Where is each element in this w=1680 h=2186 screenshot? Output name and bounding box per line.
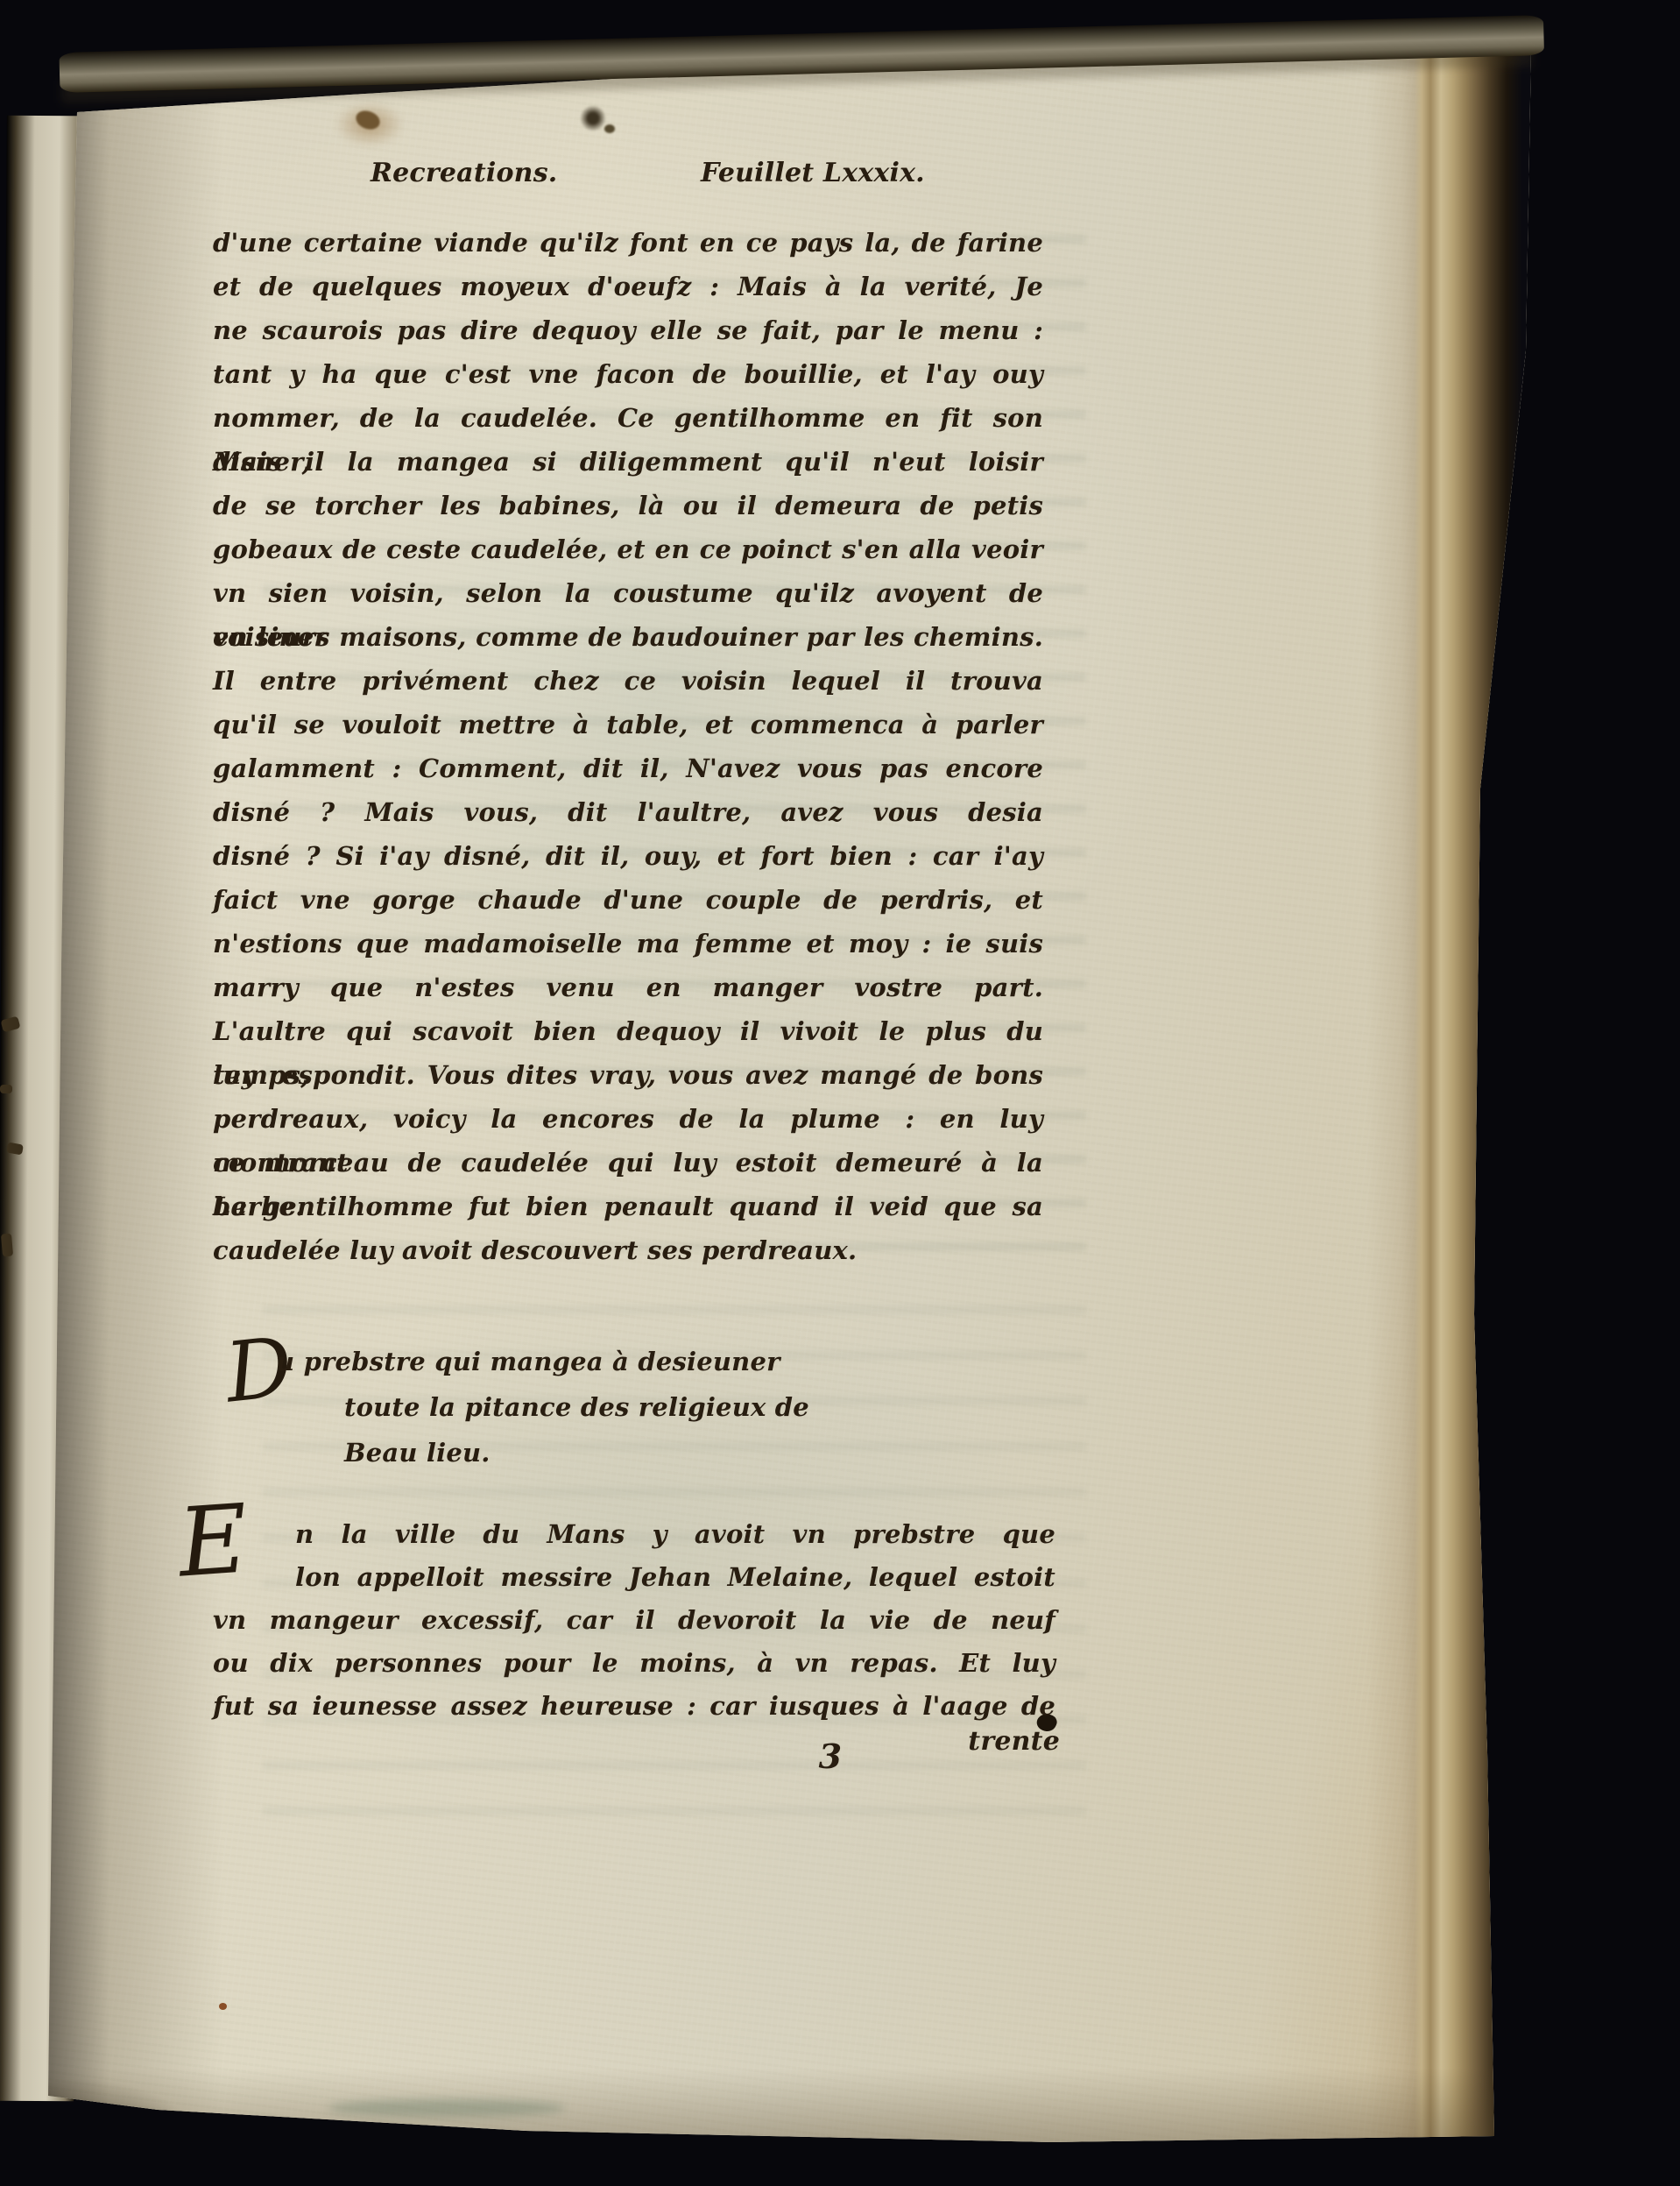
corner-shadow xyxy=(18,2033,298,2155)
text-line: en leurs maisons, comme de baudouiner pa… xyxy=(213,615,1043,659)
left-edge-ink-mark xyxy=(0,1085,12,1093)
text-line: lon appelloit messire Jehan Melaine, leq… xyxy=(213,1556,1055,1599)
text-line: galamment : Comment, dit il, N'avez vous… xyxy=(213,746,1043,790)
text-line: ce morceau de caudelée qui luy estoit de… xyxy=(213,1141,1043,1185)
text-line: Il entre privément chez ce voisin lequel… xyxy=(213,659,1043,703)
signature-mark: 3 xyxy=(809,1737,851,1776)
text-line: disné ? Si i'ay disné, dit il, ouy, et f… xyxy=(213,834,1043,878)
folio-number: Feuillet Lxxxix. xyxy=(701,158,925,188)
text-line: L'aultre qui scavoit bien dequoy il vivo… xyxy=(213,1009,1043,1053)
text-line: n'estions que madamoiselle ma femme et m… xyxy=(213,922,1043,966)
text-line: n la ville du Mans y avoit vn prebstre q… xyxy=(213,1513,1055,1556)
running-header: Recreations. Feuillet Lxxxix. xyxy=(0,158,1680,196)
text-line: tant y ha que c'est vne facon de bouilli… xyxy=(213,352,1043,396)
text-line: d'une certaine viande qu'ilz font en ce … xyxy=(213,221,1043,265)
text-line: vn sien voisin, selon la coustume qu'ilz… xyxy=(213,571,1043,615)
running-title: Recreations. xyxy=(371,158,557,188)
ink-speck xyxy=(604,124,615,133)
text-line: marry que n'estes venu en manger vostre … xyxy=(213,966,1043,1009)
text-line: ou dix personnes pour le moins, à vn rep… xyxy=(213,1642,1055,1685)
heading-line: Beau lieu. xyxy=(213,1430,896,1475)
book-page: Recreations. Feuillet Lxxxix. d'une cert… xyxy=(0,0,1680,2186)
heading-line: toute la pitance des religieux de xyxy=(213,1384,896,1430)
story-text-block: d'une certaine viande qu'ilz font en ce … xyxy=(213,221,1043,1272)
heading-line: u prebstre qui mangea à desieuner xyxy=(213,1339,896,1384)
ink-speck xyxy=(580,105,606,131)
fore-edge-page-stack xyxy=(1366,35,1550,2164)
photographed-book-page: Recreations. Feuillet Lxxxix. d'une cert… xyxy=(0,0,1680,2186)
text-line: et de quelques moyeux d'oeufz : Mais à l… xyxy=(213,265,1043,308)
text-line: Le gentilhomme fut bien penault quand il… xyxy=(213,1185,1043,1228)
red-speck xyxy=(219,2003,227,2010)
text-line: nommer, de la caudelée. Ce gentilhomme e… xyxy=(213,396,1043,440)
catchword: trente xyxy=(927,1726,1060,1757)
text-line: faict vne gorge chaude d'une couple de p… xyxy=(213,878,1043,922)
gutter-shadow xyxy=(48,88,232,2120)
text-line: perdreaux, voicy la encores de la plume … xyxy=(213,1097,1043,1141)
text-line: ne scaurois pas dire dequoy elle se fait… xyxy=(213,308,1043,352)
left-edge-ink-mark xyxy=(1,1234,13,1257)
text-line: fut sa ieunesse assez heureuse : car ius… xyxy=(213,1685,1055,1728)
chapter-heading: u prebstre qui mangea à desieunertoute l… xyxy=(213,1339,896,1475)
story-text-block: n la ville du Mans y avoit vn prebstre q… xyxy=(213,1513,1055,1728)
text-line: gobeaux de ceste caudelée, et en ce poin… xyxy=(213,527,1043,571)
text-line: disné ? Mais vous, dit l'aultre, avez vo… xyxy=(213,790,1043,834)
text-line: caudelée luy avoit descouvert ses perdre… xyxy=(213,1228,1043,1272)
text-line: de se torcher les babines, là ou il deme… xyxy=(213,484,1043,527)
text-line: vn mangeur excessif, car il devoroit la … xyxy=(213,1599,1055,1642)
edge-discoloration xyxy=(328,2099,565,2117)
text-line: Mais il la mangea si diligemment qu'il n… xyxy=(213,440,1043,484)
text-line: luy respondit. Vous dites vray, vous ave… xyxy=(213,1053,1043,1097)
text-line: qu'il se vouloit mettre à table, et comm… xyxy=(213,703,1043,746)
